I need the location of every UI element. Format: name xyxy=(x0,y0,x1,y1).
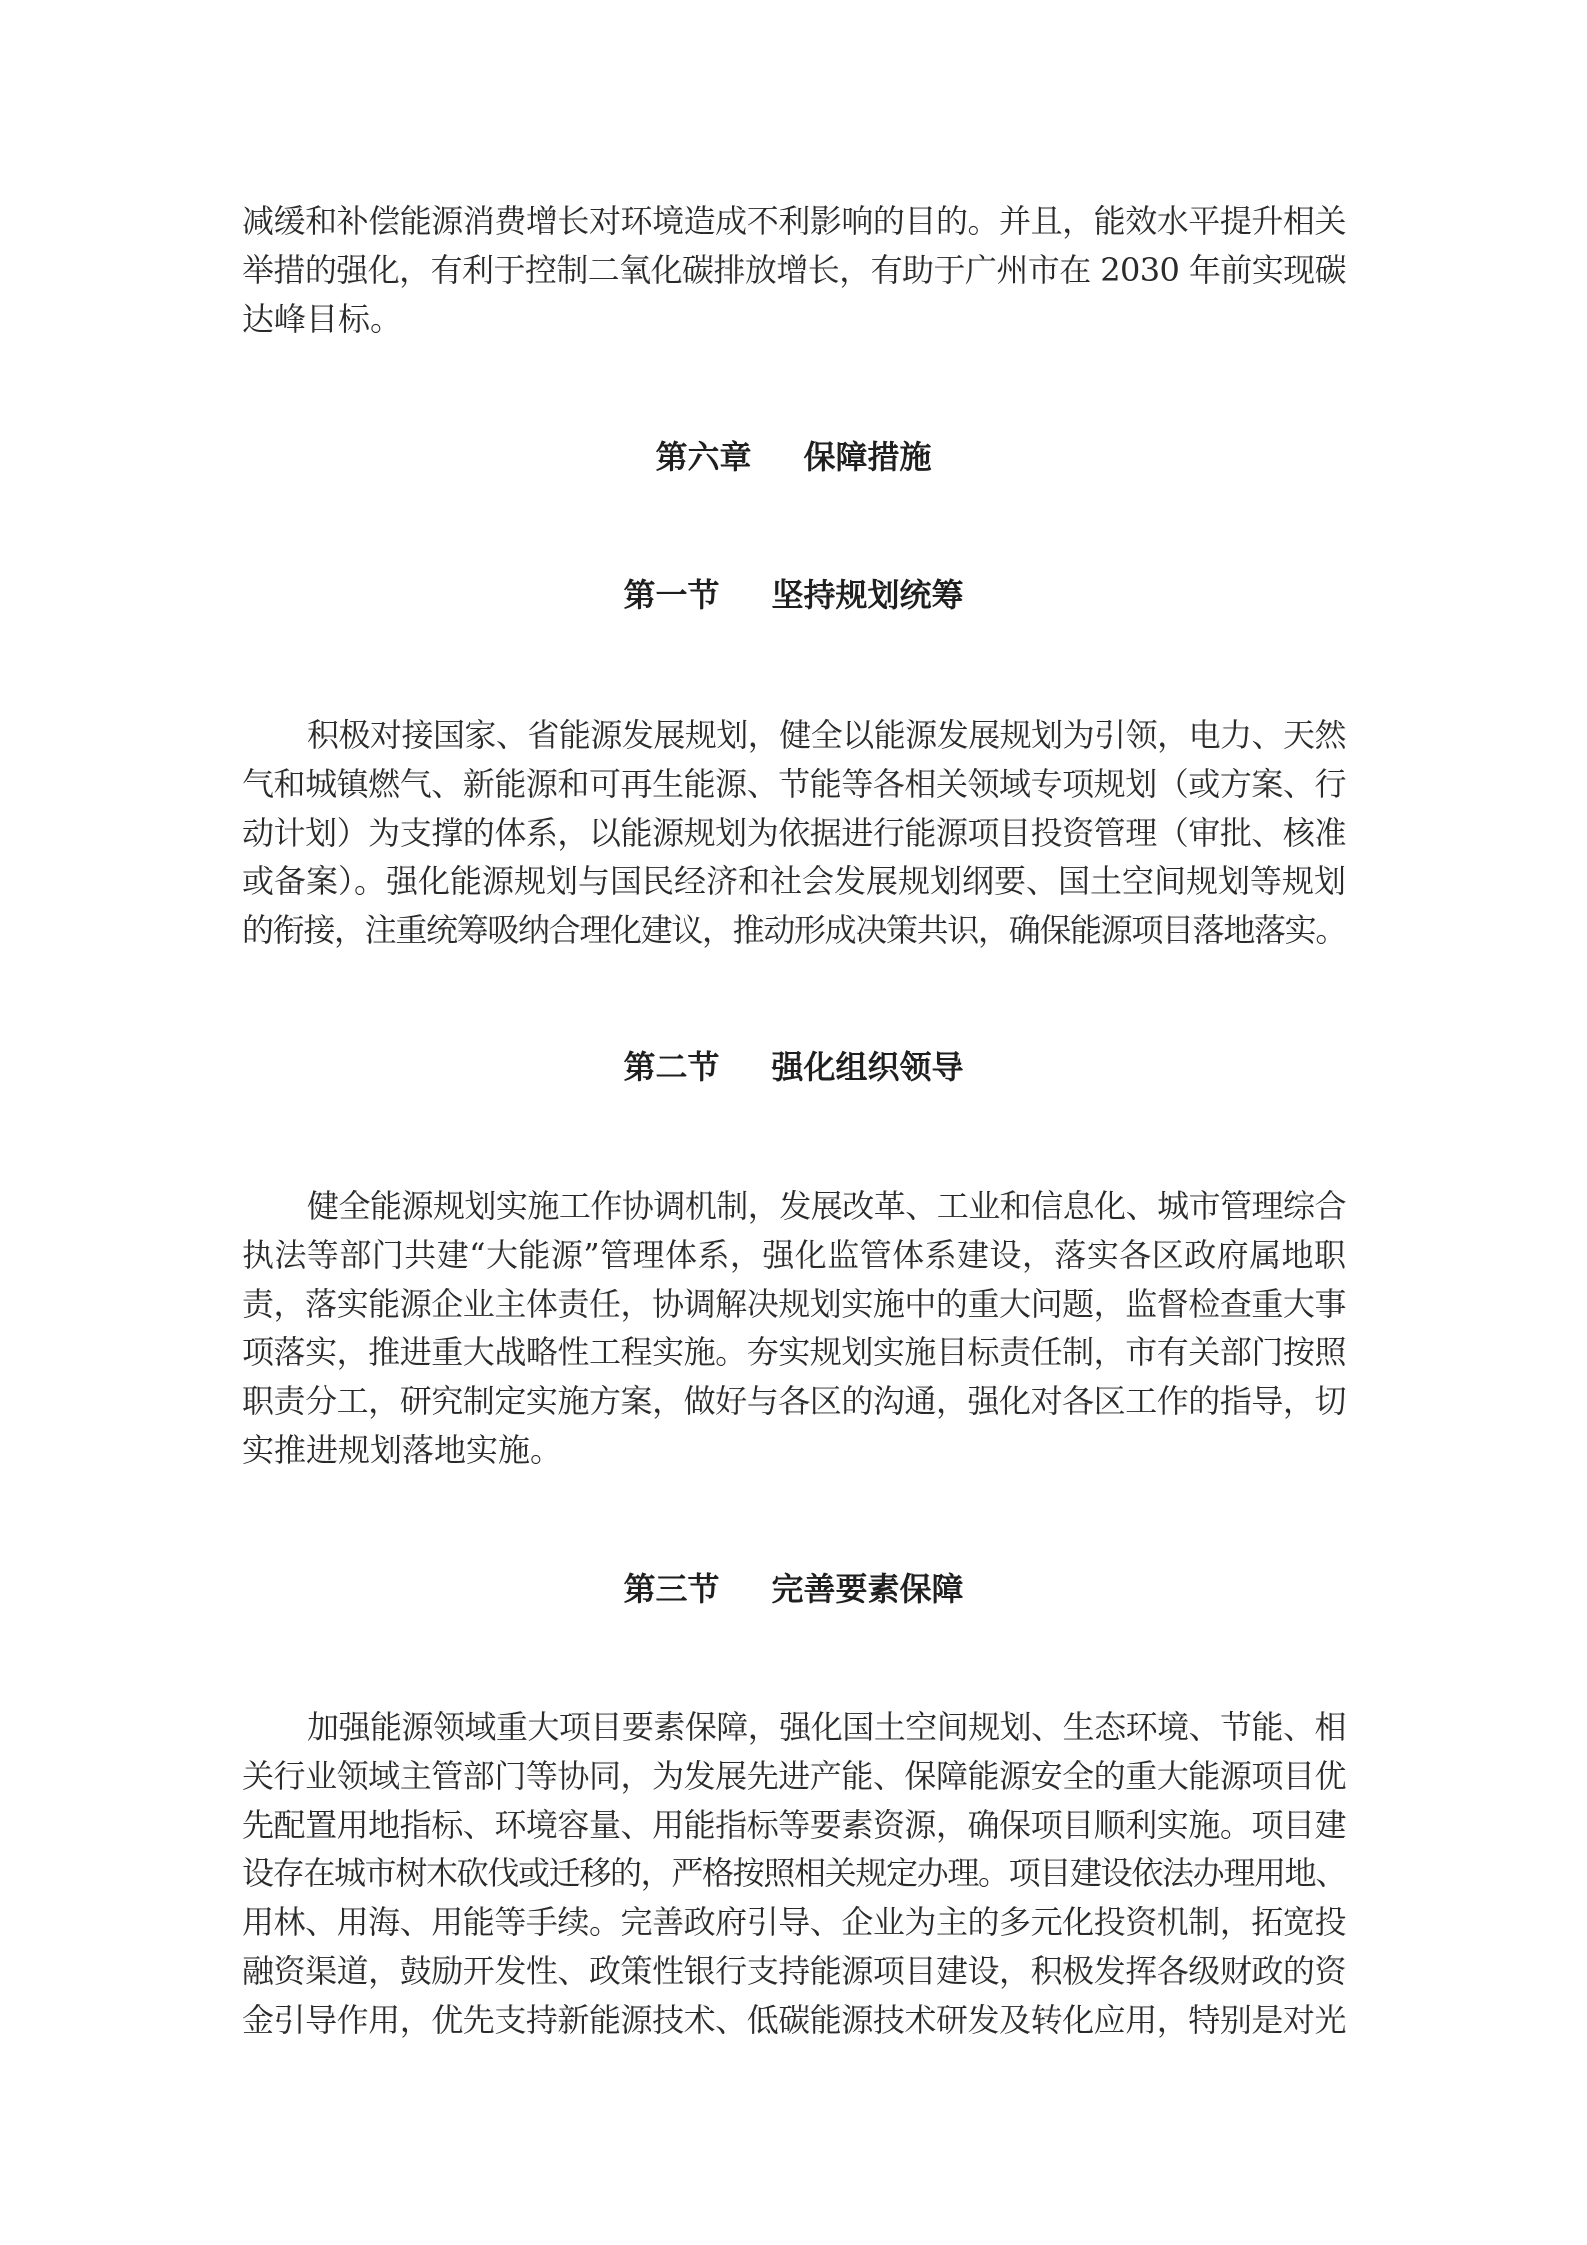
paragraph-line: 举措的强化，有利于控制二氧化碳排放增长，有助于广州市在 2030 年前实现碳 xyxy=(242,246,1346,295)
section-paragraph: 健全能源规划实施工作协调机制，发展改革、工业和信息化、城市管理综合 执法等部门共… xyxy=(242,1182,1346,1475)
paragraph-line: 动计划）为支撑的体系，以能源规划为依据进行能源项目投资管理（审批、核准 xyxy=(242,809,1346,858)
paragraph-line: 或备案）。强化能源规划与国民经济和社会发展规划纲要、国土空间规划等规划 xyxy=(242,857,1346,906)
paragraph-line: 责，落实能源企业主体责任，协调解决规划实施中的重大问题，监督检查重大事 xyxy=(242,1280,1346,1329)
paragraph-line: 加强能源领域重大项目要素保障，强化国土空间规划、生态环境、节能、相 xyxy=(242,1703,1346,1752)
paragraph-line: 融资渠道，鼓励开发性、政策性银行支持能源项目建设，积极发挥各级财政的资 xyxy=(242,1947,1346,1996)
paragraph-line: 金引导作用，优先支持新能源技术、低碳能源技术研发及转化应用，特别是对光 xyxy=(242,1996,1346,2045)
paragraph-line: 实推进规划落地实施。 xyxy=(242,1426,1346,1475)
section-paragraph: 积极对接国家、省能源发展规划，健全以能源发展规划为引领，电力、天然 气和城镇燃气… xyxy=(242,711,1346,955)
section-number: 第一节 xyxy=(623,576,719,614)
section-title: 完善要素保障 xyxy=(772,1570,964,1608)
paragraph-line: 气和城镇燃气、新能源和可再生能源、节能等各相关领域专项规划（或方案、行 xyxy=(242,760,1346,809)
chapter-number: 第六章 xyxy=(655,438,751,476)
paragraph-line: 执法等部门共建“大能源”管理体系，强化监管体系建设，落实各区政府属地职 xyxy=(242,1231,1346,1280)
chapter-title: 保障措施 xyxy=(804,438,932,476)
section-heading: 第三节完善要素保障 xyxy=(0,1565,1587,1614)
paragraph-line: 健全能源规划实施工作协调机制，发展改革、工业和信息化、城市管理综合 xyxy=(242,1182,1346,1231)
paragraph-line: 项落实，推进重大战略性工程实施。夯实规划实施目标责任制，市有关部门按照 xyxy=(242,1328,1346,1377)
paragraph-line: 先配置用地指标、环境容量、用能指标等要素资源，确保项目顺利实施。项目建 xyxy=(242,1801,1346,1850)
paragraph-line: 积极对接国家、省能源发展规划，健全以能源发展规划为引领，电力、天然 xyxy=(242,711,1346,760)
paragraph-line: 达峰目标。 xyxy=(242,295,1346,344)
paragraph-line: 的衔接，注重统筹吸纳合理化建议，推动形成决策共识，确保能源项目落地落实。 xyxy=(242,906,1346,955)
section-number: 第三节 xyxy=(623,1570,719,1608)
section-number: 第二节 xyxy=(623,1048,719,1086)
intro-paragraph: 减缓和补偿能源消费增长对环境造成不利影响的目的。并且，能效水平提升相关 举措的强… xyxy=(242,197,1346,343)
section-heading: 第一节坚持规划统筹 xyxy=(0,571,1587,620)
paragraph-line: 关行业领域主管部门等协同，为发展先进产能、保障能源安全的重大能源项目优 xyxy=(242,1752,1346,1801)
section-title: 坚持规划统筹 xyxy=(772,576,964,614)
section-title: 强化组织领导 xyxy=(772,1048,964,1086)
paragraph-line: 用林、用海、用能等手续。完善政府引导、企业为主的多元化投资机制，拓宽投 xyxy=(242,1898,1346,1947)
section-heading: 第二节强化组织领导 xyxy=(0,1043,1587,1092)
section-paragraph: 加强能源领域重大项目要素保障，强化国土空间规划、生态环境、节能、相 关行业领域主… xyxy=(242,1703,1346,2045)
paragraph-line: 减缓和补偿能源消费增长对环境造成不利影响的目的。并且，能效水平提升相关 xyxy=(242,197,1346,246)
paragraph-line: 设存在城市树木砍伐或迁移的，严格按照相关规定办理。项目建设依法办理用地、 xyxy=(242,1849,1346,1898)
chapter-heading: 第六章保障措施 xyxy=(0,433,1587,482)
paragraph-line: 职责分工，研究制定实施方案，做好与各区的沟通，强化对各区工作的指导，切 xyxy=(242,1377,1346,1426)
document-page: 减缓和补偿能源消费增长对环境造成不利影响的目的。并且，能效水平提升相关 举措的强… xyxy=(0,0,1587,2245)
